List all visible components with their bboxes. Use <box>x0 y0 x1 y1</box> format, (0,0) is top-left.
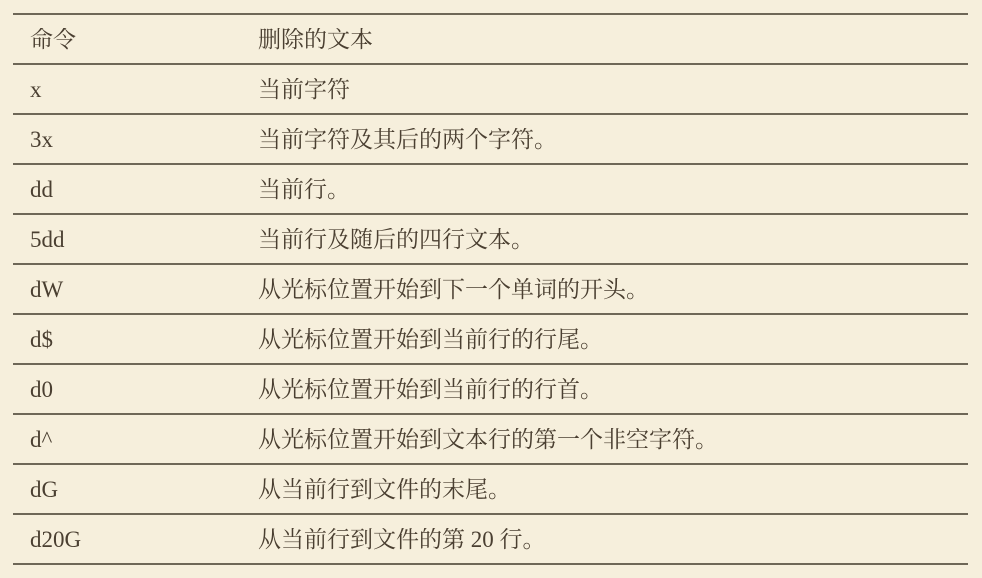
command-cell: 5dd <box>13 228 258 251</box>
description-cell: 从当前行到文件的第 20 行。 <box>258 528 968 551</box>
description-cell: 当前字符 <box>258 78 968 101</box>
vi-delete-commands-table: 命令 删除的文本 x 当前字符 3x 当前字符及其后的两个字符。 dd 当前行。… <box>13 13 968 565</box>
table-row: 5dd 当前行及随后的四行文本。 <box>13 213 968 263</box>
command-cell: d$ <box>13 328 258 351</box>
book-page: 命令 删除的文本 x 当前字符 3x 当前字符及其后的两个字符。 dd 当前行。… <box>0 0 982 578</box>
table-row: d0 从光标位置开始到当前行的行首。 <box>13 363 968 413</box>
description-cell: 从光标位置开始到当前行的行尾。 <box>258 328 968 351</box>
command-cell: x <box>13 78 258 101</box>
table-row: x 当前字符 <box>13 63 968 113</box>
table-row: d^ 从光标位置开始到文本行的第一个非空字符。 <box>13 413 968 463</box>
column-header-deleted-text: 删除的文本 <box>258 28 968 51</box>
table-row: d20G 从当前行到文件的第 20 行。 <box>13 513 968 563</box>
description-cell: 当前行。 <box>258 178 968 201</box>
description-cell: 从光标位置开始到下一个单词的开头。 <box>258 278 968 301</box>
column-header-command: 命令 <box>13 28 258 51</box>
table-row: d$ 从光标位置开始到当前行的行尾。 <box>13 313 968 363</box>
description-cell: 从光标位置开始到当前行的行首。 <box>258 378 968 401</box>
description-cell: 当前字符及其后的两个字符。 <box>258 128 968 151</box>
description-cell: 从光标位置开始到文本行的第一个非空字符。 <box>258 428 968 451</box>
command-cell: dd <box>13 178 258 201</box>
table-row: dG 从当前行到文件的末尾。 <box>13 463 968 513</box>
command-cell: 3x <box>13 128 258 151</box>
table-header-row: 命令 删除的文本 <box>13 13 968 63</box>
table-row: dd 当前行。 <box>13 163 968 213</box>
command-cell: d0 <box>13 378 258 401</box>
description-cell: 当前行及随后的四行文本。 <box>258 228 968 251</box>
table-row: dW 从光标位置开始到下一个单词的开头。 <box>13 263 968 313</box>
command-cell: d20G <box>13 528 258 551</box>
command-cell: d^ <box>13 428 258 451</box>
command-cell: dW <box>13 278 258 301</box>
table-row: 3x 当前字符及其后的两个字符。 <box>13 113 968 163</box>
description-cell: 从当前行到文件的末尾。 <box>258 478 968 501</box>
command-cell: dG <box>13 478 258 501</box>
